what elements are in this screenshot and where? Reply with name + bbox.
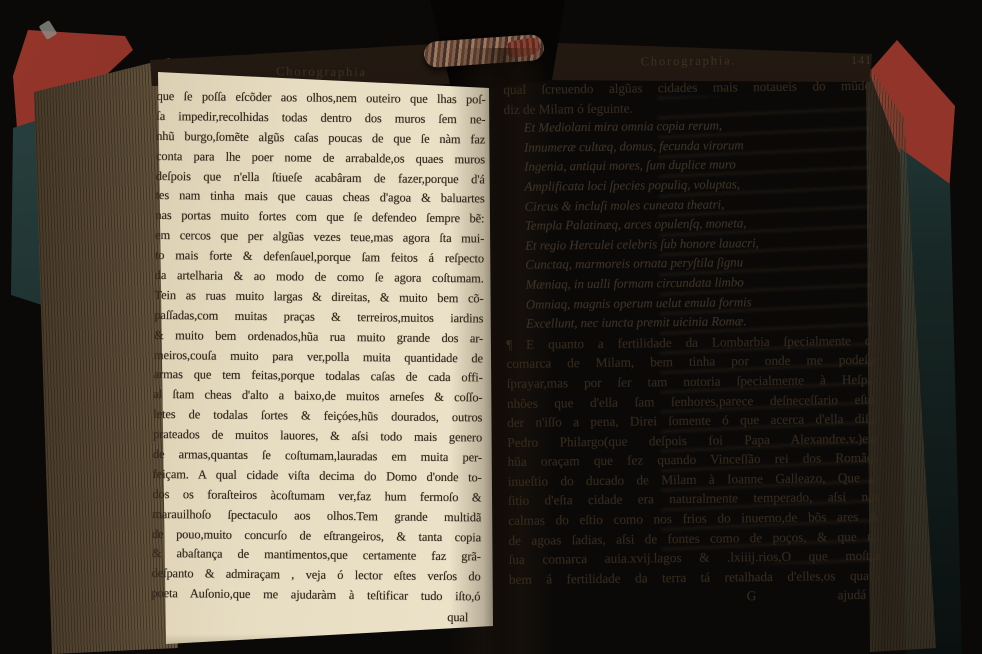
left-page-lines: que ſe poſſa eſcõder aos olhos,nem outei… xyxy=(151,87,485,608)
text-line: poeta Auſonio,que me ajudaràm à teſtific… xyxy=(151,584,480,607)
left-catchword: qual xyxy=(151,605,480,626)
right-running-header-row: Chorographia. 141 xyxy=(503,52,874,80)
right-page-intro-lines: qual ſcreuendo algũas cidades mais notau… xyxy=(503,76,874,119)
right-running-header: Chorographia. xyxy=(641,53,737,68)
signature-mark: G xyxy=(746,588,756,606)
latin-verse-lines: Et Mediolani mira omnia copia rerum,Innu… xyxy=(524,115,877,334)
page-number: 141 xyxy=(851,53,872,68)
book-photo: Chorographia que ſe poſſa eſcõder aos ol… xyxy=(0,0,982,654)
left-running-header: Chorographia xyxy=(157,63,486,90)
right-catchword: ajudá xyxy=(837,586,866,604)
right-page-text: Chorographia. 141 qual ſcreuendo algũas … xyxy=(503,52,880,609)
right-page-body-lines: ¶ E quanto a fertilidade da Lombarbia ſp… xyxy=(506,330,880,589)
left-page-text: Chorographia que ſe poſſa eſcõder aos ol… xyxy=(151,63,486,627)
